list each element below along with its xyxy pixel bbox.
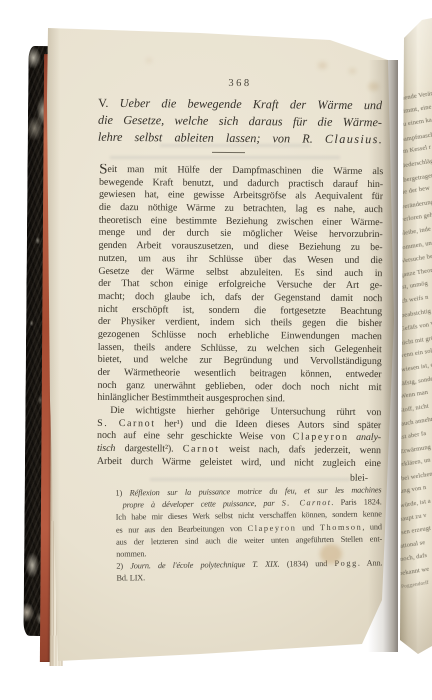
foxing-spot	[146, 58, 152, 63]
text-segment: 1)	[115, 488, 129, 497]
right-page-text-fragment: ist aber fa	[400, 430, 427, 441]
text-segment: dargestellt²).	[115, 443, 183, 455]
right-page-text-fragment: übergetragen wi	[399, 170, 432, 184]
text-line: Arbeit durch Wärme geleistet wird, und n…	[97, 456, 381, 471]
foxing-spot	[318, 62, 327, 69]
text-segment: Clapeyron	[293, 432, 349, 443]
right-page-text-fragment: Wenn man	[399, 389, 428, 400]
right-page-text-fragment: Ich weifs n	[399, 294, 429, 306]
text-segment: genden Arbeit vorauszusetzen, und diese …	[99, 240, 383, 253]
right-page-text-fragment: nommen, und	[399, 239, 432, 252]
text-segment: noch auf eine sehr geschickte Weise von	[97, 430, 293, 443]
right-page-text-fragment: beabsichtig	[401, 307, 432, 319]
right-page-text-fragment: wiesen ist, e	[401, 361, 432, 373]
text-segment: lassen, theils andere Schlüsse, zu welch…	[98, 342, 382, 355]
right-page-text-fragment: hende Verände	[401, 89, 432, 102]
text-segment: der Physiker verdient, indem sich theils…	[98, 316, 382, 329]
right-page-text-fragment: bei welchen	[401, 470, 432, 482]
right-page-text-fragment: läfsig, sonde	[400, 375, 432, 387]
text-segment: theoretisch eine bestimmte Beziehung zwi…	[99, 215, 383, 228]
right-page-text-fragment: Dampfmaschine d	[399, 129, 432, 143]
text-segment: her¹) und die Ideen dieses Autors sind s…	[156, 418, 382, 431]
text-segment: Journ. de l'école polytechnique T. XIX.	[130, 560, 279, 571]
foxing-spot	[349, 68, 356, 74]
text-segment: nutzen, um aus ihr Schlüsse über das Wes…	[98, 253, 382, 266]
right-page-text-fragment: veränderung,	[401, 198, 432, 210]
text-segment: 2)	[116, 562, 130, 571]
text-segment: macht; doch glaube ich, dafs der Gegenst…	[98, 291, 382, 304]
right-page-text-fragment: niederschlägt	[400, 157, 432, 169]
right-page-text-fragment: nimmt, eine	[400, 103, 432, 115]
text-segment: nommen.	[116, 549, 146, 558]
text-segment: S. Carnot	[282, 498, 332, 508]
right-page-text-fragment: im Kessel r	[401, 144, 432, 156]
gutter-shadow	[368, 60, 398, 652]
text-segment: menge und der durch sie möglicher Weise …	[99, 227, 383, 240]
text-segment: lehre selbst ableiten lassen; von R.	[98, 130, 325, 146]
text-segment: propre à déveloper cette puissance, par	[123, 499, 282, 510]
text-segment: die Gesetze, welche sich daraus für die …	[98, 113, 382, 129]
left-page: 368 V. Ueber die bewegende Kraft der Wär…	[46, 26, 396, 664]
text-segment: die dazu nöthige Wärme zu betrachten, la…	[99, 202, 383, 215]
text-segment: Bd. LIX.	[116, 574, 145, 583]
text-segment: nicht erschöpft ist, sondern die fortges…	[98, 303, 382, 316]
right-page-text-fragment: ist, unmög	[399, 280, 428, 291]
text-segment: S. Carnot	[97, 418, 156, 429]
text-segment: gewiesen hat, eine gewisse Arbeitsgröfse…	[99, 189, 383, 202]
right-page-text-fragment: Stoff, nicht	[399, 403, 430, 415]
text-segment: und	[296, 523, 319, 532]
right-page-text-fragment: ung von n	[400, 484, 427, 495]
page-number: 368	[98, 77, 382, 90]
text-segment: es nur aus den Bearbeitungen von	[116, 524, 248, 535]
text-segment: Arbeit durch Wärme geleistet wird, und n…	[97, 456, 381, 469]
right-page-text-fragment: haupt zu v	[399, 511, 427, 522]
text-segment: hinlänglicher Bestimmtheit ausgesprochen…	[97, 392, 285, 404]
text-segment: Thomson	[320, 522, 363, 532]
text-segment: der That schon einige erfolgreiche Versu…	[98, 278, 382, 291]
text-segment: weist nach, dafs jederzeit, wenn	[220, 444, 381, 456]
article-title: V. Ueber die bewegende Kraft der Wärme u…	[98, 95, 382, 148]
right-page-text-fragment: würde, ist a	[399, 498, 431, 510]
text-segment	[349, 432, 357, 443]
right-page-text-fragment: wenn ein sol	[399, 348, 432, 360]
text-line: lehre selbst ableiten lassen; von R. Cla…	[98, 129, 382, 148]
book-photo: 368 V. Ueber die bewegende Kraft der Wär…	[0, 0, 432, 700]
text-segment: der Wärmetheorie wesentlich beitragen kö…	[98, 367, 382, 380]
text-segment: Die wichtigste hierher gehörige Untersuc…	[110, 405, 381, 418]
text-segment: aus der letzteren sind auch die weiter u…	[116, 534, 382, 546]
right-page-text-fragment: Gefäfs von W	[400, 320, 432, 333]
right-page-text-fragment: bleibe, inde	[399, 226, 431, 238]
right-page-text-fragment: sen erzeugt	[401, 525, 432, 537]
text-segment: Ich habe mir dieses Werk selbst nicht ve…	[116, 510, 382, 522]
text-segment: bewegende Kraft benutzt, und dadurch pra…	[99, 177, 383, 190]
right-page-text-fragment: bekannt we	[399, 566, 430, 578]
right-page-text-fragment: nicht mit gröfs	[399, 334, 432, 347]
text-segment: Gesetze der Wärme selbst abzuleiten. Es …	[98, 265, 382, 278]
right-page-text-fragment: noch, dafs	[399, 552, 427, 563]
right-page-text-fragment: ational se	[400, 539, 426, 550]
text-segment: bietet, und welche zur Begründung und Ve…	[98, 354, 382, 367]
text-segment: Clapeyron	[247, 523, 296, 533]
text-segment: Ueber die bewegende Kraft der Wärme und	[120, 96, 383, 112]
text-segment: tisch	[97, 443, 115, 454]
right-page-text-fragment: Versuche best	[401, 252, 432, 265]
right-page-text-fragment: auch annehm	[401, 416, 432, 428]
right-page-text-fragment: erklären, un	[399, 457, 431, 469]
text-segment: .	[331, 498, 340, 507]
right-page-curl: hende Verändenimmt, einezu einem kaDampf…	[396, 14, 432, 660]
right-page-text-fragment: verloren geh	[400, 212, 432, 224]
text-segment: Carnot	[183, 444, 220, 455]
body-text: Seit man mit Hülfe der Dampfmaschinen di…	[97, 164, 383, 471]
right-page-text-fragment: Poggendorff	[401, 579, 430, 589]
footnotes: 1) Réflexion sur la puissance motrice du…	[115, 484, 382, 585]
foxing-stain	[320, 544, 342, 564]
right-page-text-fragment: ganze Theorie	[400, 266, 432, 279]
show-through-mark	[110, 156, 340, 159]
right-page-text-fragment: die der bew	[399, 185, 431, 197]
right-page-text-fragment: zu einem ka	[399, 117, 432, 129]
text-segment: gezogenen Schlüsse noch erhebliche Einwe…	[98, 329, 382, 342]
title-rule	[212, 152, 245, 154]
text-segment: noch ganz unerwähnt geblieben, oder doch…	[97, 380, 381, 393]
catchword: blei-	[98, 471, 368, 483]
text-segment: eit man mit Hülfe der Dampfmaschinen die…	[107, 164, 383, 177]
right-page-text-fragment: Erwärmung	[399, 443, 431, 455]
text-segment: Réflexion sur la puissance motrice du fe…	[130, 485, 382, 497]
text-segment: V.	[98, 96, 120, 110]
